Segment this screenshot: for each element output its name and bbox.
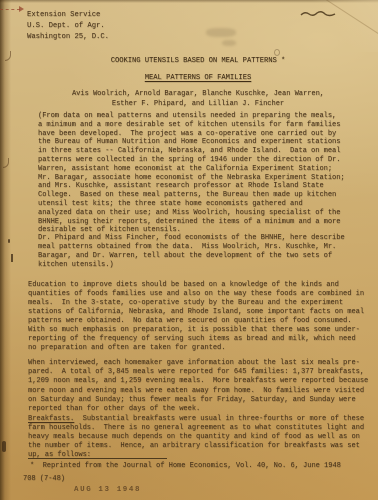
pencil-smudge [206,28,236,37]
editor-note-paragraph-2: Dr. Phipard and Miss Fincher, food econo… [38,234,345,270]
editor-note-paragraph-1: (From data on meal patterns and utensils… [38,112,345,235]
footnote-divider [28,458,167,459]
breakfasts-paragraph: Breakfasts. Substantial breakfasts were … [28,415,364,460]
agency-line-2: U.S. Dept. of Agr. [27,22,105,30]
agency-line-3: Washington 25, D.C. [27,33,109,41]
ink-scribble-mark [300,10,336,19]
agency-header: Extension Service U.S. Dept. of Agr. Was… [27,10,109,43]
pencil-smudge [222,40,236,46]
document-title: COOKING UTENSILS BASED ON MEAL PATTERNS … [28,57,368,66]
binding-edge [0,0,11,500]
authors-byline: Avis Woolrich, Arnold Baragar, Blanche K… [28,89,368,110]
document-number: 708 (7-48) [23,475,65,484]
breakfasts-lead-word: Breakfasts. [28,415,74,423]
body-paragraph-1: Education to improve diets should be bas… [28,281,364,353]
pencil-arrow-mark [0,9,20,10]
breakfasts-text: Substantial breakfasts were usual in thr… [28,415,364,459]
document-subtitle: MEAL PATTERNS OF FAMILIES [28,74,368,83]
pencil-arrowhead-mark [19,6,24,12]
pencil-ring-mark [274,49,280,56]
margin-blob-mark [2,441,6,452]
agency-line-1: Extension Service [27,11,100,19]
date-stamp: AUG 13 1948 [74,486,141,494]
margin-tick-mark [8,239,10,243]
footnote-citation: * Reprinted from the Journal of Home Eco… [30,462,341,471]
document-page: Extension Service U.S. Dept. of Agr. Was… [0,0,378,500]
margin-stroke-mark [11,254,13,262]
body-paragraph-2: When interviewed, each homemaker gave in… [28,359,368,414]
